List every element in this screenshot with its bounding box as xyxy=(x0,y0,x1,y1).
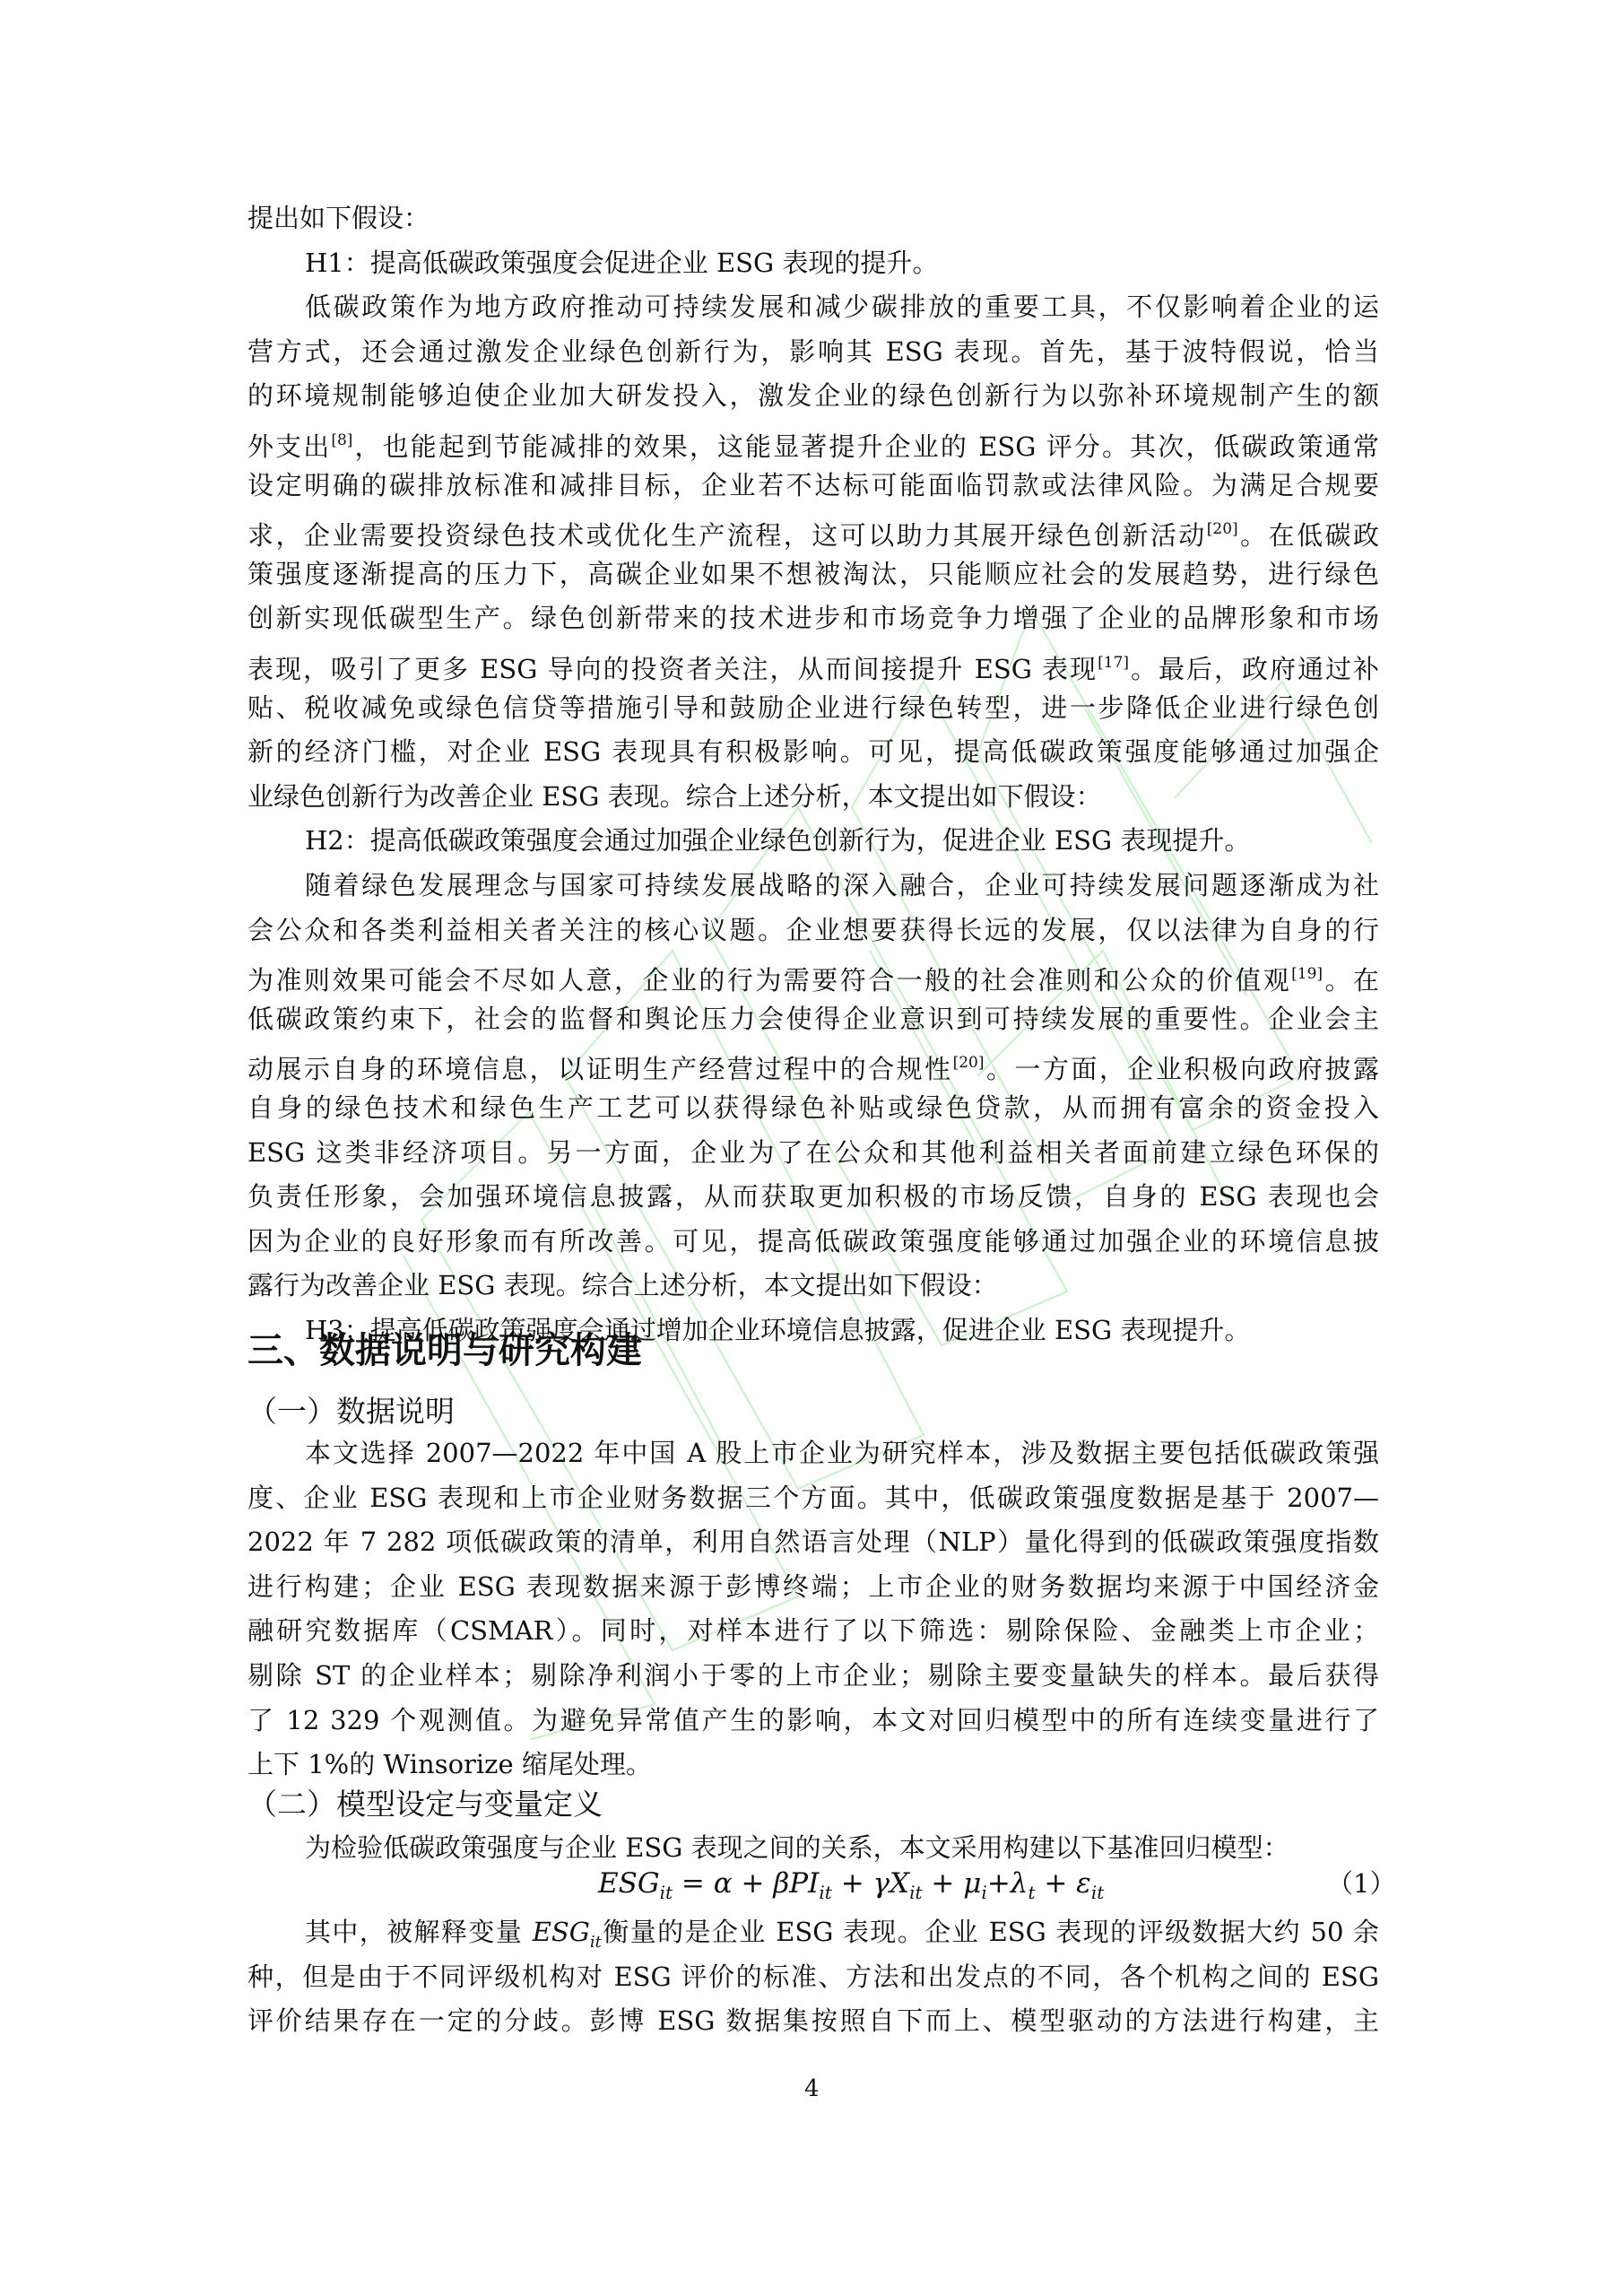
text-line: 剔除 ST 的企业样本；剔除净利润小于零的上市企业；剔除主要变量缺失的样本。最后… xyxy=(247,1657,1379,1693)
text-line: 低碳政策约束下，社会的监督和舆论压力会使得企业意识到可持续发展的重要性。企业会主 xyxy=(247,1001,1379,1037)
text-line: 因为企业的良好形象而有所改善。可见，提高低碳政策强度能够通过加强企业的环境信息披 xyxy=(247,1223,1379,1259)
text-line: 自身的绿色技术和绿色生产工艺可以获得绿色补贴或绿色贷款，从而拥有富余的资金投入 xyxy=(247,1090,1379,1126)
text-line: 融研究数据库（CSMAR）。同时，对样本进行了以下筛选：剔除保险、金融类上市企业… xyxy=(247,1613,1379,1648)
text-line: 表现，吸引了更多 ESG 导向的投资者关注，从而间接提升 ESG 表现[17]。… xyxy=(247,645,1379,681)
citation-superscript: [20] xyxy=(1207,520,1238,538)
text-line: 低碳政策作为地方政府推动可持续发展和减少碳排放的重要工具，不仅影响着企业的运 xyxy=(305,289,1379,325)
text-line: 上下 1%的 Winsorize 缩尾处理。 xyxy=(247,1746,1379,1782)
text-line: 业绿色创新行为改善企业 ESG 表现。综合上述分析，本文提出如下假设： xyxy=(247,778,1379,814)
text-line: 求，企业需要投资绿色技术或优化生产流程，这可以助力其展开绿色创新活动[20]。在… xyxy=(247,511,1379,547)
text-line: 评价结果存在一定的分歧。彭博 ESG 数据集按照自下而上、模型驱动的方法进行构建… xyxy=(247,2003,1379,2039)
text-line: 了 12 329 个观测值。为避免异常值产生的影响，本文对回归模型中的所有连续变… xyxy=(247,1702,1379,1738)
citation-superscript: [8] xyxy=(331,431,352,449)
text-line: H2：提高低碳政策强度会通过加强企业绿色创新行为，促进企业 ESG 表现提升。 xyxy=(305,822,1379,858)
text-line: 本文选择 2007—2022 年中国 A 股上市企业为研究样本，涉及数据主要包括… xyxy=(305,1435,1379,1471)
text-line: 为准则效果可能会不尽如人意，企业的行为需要符合一般的社会准则和公众的价值观[19… xyxy=(247,956,1379,992)
text-line: H1：提高低碳政策强度会促进企业 ESG 表现的提升。 xyxy=(305,245,1379,281)
equation-number: （1） xyxy=(1327,1864,1395,1903)
text-line: ESG 这类非经济项目。另一方面，企业为了在公众和其他利益相关者面前建立绿色环保… xyxy=(247,1135,1379,1170)
document-page: 提出如下假设：H1：提高低碳政策强度会促进企业 ESG 表现的提升。低碳政策作为… xyxy=(0,0,1623,2296)
text-line: 其中，被解释变量 ESGit衡量的是企业 ESG 表现。企业 ESG 表现的评级… xyxy=(305,1914,1379,1950)
text-line: 2022 年 7 282 项低碳政策的清单，利用自然语言处理（NLP）量化得到的… xyxy=(247,1524,1379,1560)
text-line: 创新实现低碳型生产。绿色创新带来的技术进步和市场竞争力增强了企业的品牌形象和市场 xyxy=(247,600,1379,636)
citation-superscript: [19] xyxy=(1291,965,1323,983)
section-heading: 三、数据说明与研究构建 xyxy=(247,1327,642,1374)
regression-equation: ESGit = α + βPIit + γXit + μi+λt + εit xyxy=(598,1864,1104,1912)
citation-superscript: [20] xyxy=(953,1054,985,1072)
text-line: 贴、税收减免或绿色信贷等措施引导和鼓励企业进行绿色转型，进一步降低企业进行绿色创 xyxy=(247,690,1379,726)
text-line: 的环境规制能够迫使企业加大研发投入，激发企业的绿色创新行为以弥补环境规制产生的额 xyxy=(247,378,1379,413)
subsection-heading-data: （一）数据说明 xyxy=(247,1392,455,1431)
subsection-heading-model: （二）模型设定与变量定义 xyxy=(247,1785,603,1824)
text-line: 进行构建；企业 ESG 表现数据来源于彭博终端；上市企业的财务数据均来源于中国经… xyxy=(247,1569,1379,1605)
citation-superscript: [17] xyxy=(1098,654,1129,672)
text-line: 提出如下假设： xyxy=(247,200,1379,236)
text-line: 策强度逐渐提高的压力下，高碳企业如果不想被淘汰，只能顺应社会的发展趋势，进行绿色 xyxy=(247,556,1379,592)
text-line: 露行为改善企业 ESG 表现。综合上述分析，本文提出如下假设： xyxy=(247,1267,1379,1303)
page-number: 4 xyxy=(804,2075,820,2102)
text-line: 负责任形象，会加强环境信息披露，从而获取更加积极的市场反馈，自身的 ESG 表现… xyxy=(247,1178,1379,1214)
text-line: 度、企业 ESG 表现和上市企业财务数据三个方面。其中，低碳政策强度数据是基于 … xyxy=(247,1480,1379,1516)
text-line: 种，但是由于不同评级机构对 ESG 评价的标准、方法和出发点的不同，各个机构之间… xyxy=(247,1959,1379,1995)
model-intro-text: 为检验低碳政策强度与企业 ESG 表现之间的关系，本文采用构建以下基准回归模型： xyxy=(305,1830,1379,1865)
text-line: 设定明确的碳排放标准和减排目标，企业若不达标可能面临罚款或法律风险。为满足合规要 xyxy=(247,467,1379,503)
text-line: 新的经济门槛，对企业 ESG 表现具有积极影响。可见，提高低碳政策强度能够通过加… xyxy=(247,734,1379,770)
text-line: 会公众和各类利益相关者关注的核心议题。企业想要获得长远的发展，仅以法律为自身的行 xyxy=(247,912,1379,948)
text-line: 外支出[8]，也能起到节能减排的效果，这能显著提升企业的 ESG 评分。其次，低… xyxy=(247,422,1379,458)
text-line: 营方式，还会通过激发企业绿色创新行为，影响其 ESG 表现。首先，基于波特假说，… xyxy=(247,334,1379,370)
text-line: 随着绿色发展理念与国家可持续发展战略的深入融合，企业可持续发展问题逐渐成为社 xyxy=(305,867,1379,903)
text-line: 动展示自身的环境信息，以证明生产经营过程中的合规性[20]。一方面，企业积极向政… xyxy=(247,1045,1379,1081)
